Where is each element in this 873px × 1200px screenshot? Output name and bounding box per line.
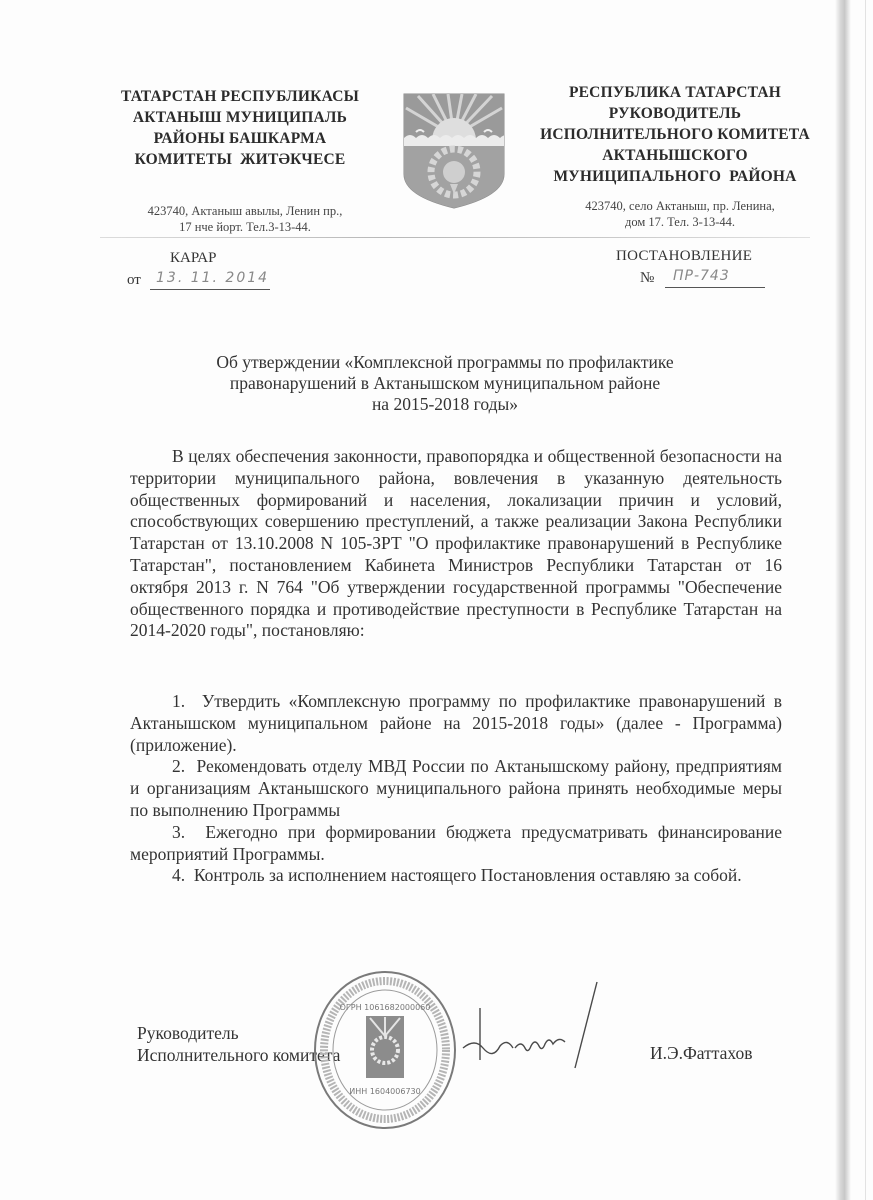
date-prefix-label: от bbox=[127, 272, 141, 289]
header-right-address: 423740, село Актаныш, пр. Ленина, дом 17… bbox=[545, 198, 815, 230]
header-left-line: РАЙОНЫ БАШКАРМА bbox=[95, 128, 385, 149]
header-left-line: КОМИТЕТЫ ЖИТӘКЧЕСЕ bbox=[95, 149, 385, 170]
decree-number: ПР-743 bbox=[665, 268, 765, 288]
item-number: 4. bbox=[172, 865, 185, 885]
address-line: 423740, Актаныш авылы, Ленин пр., bbox=[110, 203, 380, 219]
decree-date: 13. 11. 2014 bbox=[150, 270, 270, 290]
header-right-title: РЕСПУБЛИКА ТАТАРСТАН РУКОВОДИТЕЛЬ ИСПОЛН… bbox=[520, 82, 830, 187]
title-line: на 2015-2018 годы» bbox=[150, 394, 740, 415]
item-text: Рекомендовать отделу МВД России по Актан… bbox=[130, 756, 782, 820]
decree-type-label: ПОСТАНОВЛЕНИЕ bbox=[616, 248, 752, 265]
official-stamp-icon: ОГРН 1061682000060 ИНН 1604006730 bbox=[310, 968, 460, 1133]
item-number: 3. bbox=[172, 822, 185, 842]
header-left-address: 423740, Актаныш авылы, Ленин пр., 17 нче… bbox=[110, 203, 380, 235]
title-line: Об утверждении «Комплексной программы по… bbox=[150, 352, 740, 373]
scan-border-line bbox=[865, 0, 866, 1200]
header-right-line: АКТАНЫШСКОГО bbox=[520, 145, 830, 166]
header-right-line: МУНИЦИПАЛЬНОГО РАЙОНА bbox=[520, 166, 830, 187]
item-number: 2. bbox=[172, 756, 185, 776]
header-right-line: РУКОВОДИТЕЛЬ bbox=[520, 103, 830, 124]
address-line: дом 17. Тел. 3-13-44. bbox=[545, 214, 815, 230]
header-right-line: РЕСПУБЛИКА ТАТАРСТАН bbox=[520, 82, 830, 103]
decree-item: 2. Рекомендовать отделу МВД России по Ак… bbox=[130, 756, 782, 821]
header-divider bbox=[100, 237, 810, 238]
coat-of-arms-icon bbox=[398, 88, 510, 216]
item-number: 1. bbox=[172, 691, 185, 711]
header-left-line: ТАТАРСТАН РЕСПУБЛИКАСЫ bbox=[95, 86, 385, 107]
number-sign-label: № bbox=[640, 270, 654, 287]
item-text: Ежегодно при формировании бюджета предус… bbox=[130, 822, 782, 864]
decree-items: 1. Утвердить «Комплексную программу по п… bbox=[130, 691, 782, 887]
item-text: Утвердить «Комплексную программу по проф… bbox=[130, 691, 782, 755]
decree-item: 3. Ежегодно при формировании бюджета пре… bbox=[130, 822, 782, 866]
signatory-name: И.Э.Фаттахов bbox=[650, 1043, 752, 1064]
handwritten-signature-icon bbox=[455, 968, 605, 1078]
preamble: В целях обеспечения законности, правопор… bbox=[130, 446, 782, 642]
svg-text:ОГРН 1061682000060: ОГРН 1061682000060 bbox=[340, 1003, 431, 1012]
karar-label: КАРАР bbox=[170, 250, 216, 267]
address-line: 423740, село Актаныш, пр. Ленина, bbox=[545, 198, 815, 214]
item-text: Контроль за исполнением настоящего Поста… bbox=[194, 865, 742, 885]
preamble-text: В целях обеспечения законности, правопор… bbox=[130, 446, 782, 642]
header-right-line: ИСПОЛНИТЕЛЬНОГО КОМИТЕТА bbox=[520, 124, 830, 145]
title-line: правонарушений в Актанышском муниципальн… bbox=[150, 373, 740, 394]
header-left-line: АКТАНЫШ МУНИЦИПАЛЬ bbox=[95, 107, 385, 128]
address-line: 17 нче йорт. Тел.3-13-44. bbox=[110, 219, 380, 235]
svg-text:ИНН 1604006730: ИНН 1604006730 bbox=[349, 1087, 420, 1096]
document-page: { "header": { "left": { "lines": ["ТАТАР… bbox=[0, 0, 873, 1200]
header-left-title: ТАТАРСТАН РЕСПУБЛИКАСЫ АКТАНЫШ МУНИЦИПАЛ… bbox=[95, 86, 385, 170]
decree-item: 1. Утвердить «Комплексную программу по п… bbox=[130, 691, 782, 756]
document-title: Об утверждении «Комплексной программы по… bbox=[150, 352, 740, 415]
decree-item: 4. Контроль за исполнением настоящего По… bbox=[130, 865, 782, 887]
scan-shadow-edge bbox=[835, 0, 851, 1200]
